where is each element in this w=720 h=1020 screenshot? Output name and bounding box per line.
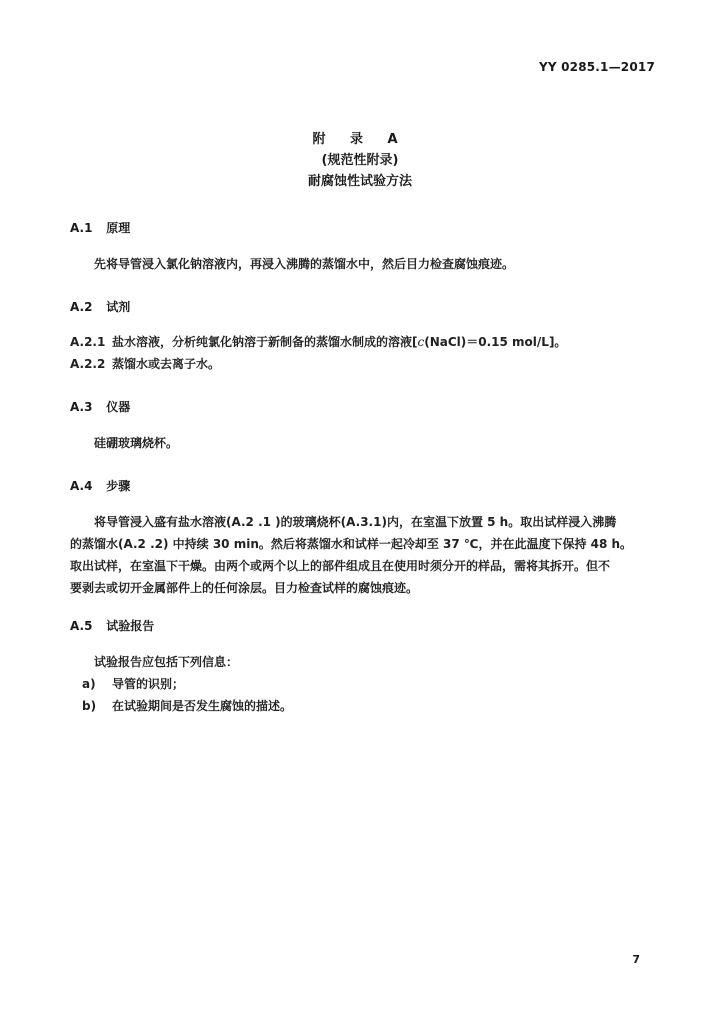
item-number: A.2.2 xyxy=(70,353,112,375)
section-number: A.1 xyxy=(70,221,102,235)
section-title: 试验报告 xyxy=(106,619,154,633)
section-heading-a3: A.3 仪器 xyxy=(70,398,130,415)
document-page: YY 0285.1—2017 附 录 A (规范性附录) 耐腐蚀性试验方法 A.… xyxy=(0,0,720,1020)
item-number: A.2.1 xyxy=(70,331,112,353)
list-text: 导管的识别； xyxy=(112,677,184,691)
item-a2-2: A.2.2蒸馏水或去离子水。 xyxy=(70,353,220,375)
report-item-a: a)导管的识别； xyxy=(82,673,184,695)
list-marker: b) xyxy=(82,695,112,717)
section-number: A.3 xyxy=(70,400,102,414)
section-number: A.4 xyxy=(70,479,102,493)
section-a4-line-2: 的蒸馏水(A.2 .2) 中持续 30 min。然后将蒸馏水和试样一起冷却至 3… xyxy=(70,533,632,555)
list-marker: a) xyxy=(82,673,112,695)
section-a4-line-1: 将导管浸入盛有盐水溶液(A.2 .1 )的玻璃烧杯(A.3.1)内，在室温下放置… xyxy=(94,511,616,533)
section-title: 试剂 xyxy=(106,300,130,314)
section-number: A.2 xyxy=(70,300,102,314)
standard-code: YY 0285.1—2017 xyxy=(539,60,655,74)
page-number: 7 xyxy=(632,953,640,966)
item-text: 蒸馏水或去离子水。 xyxy=(112,357,220,371)
item-text: 盐水溶液，分析纯氯化钠溶于新制备的蒸馏水制成的溶液[ xyxy=(112,335,418,349)
report-item-b: b)在试验期间是否发生腐蚀的描述。 xyxy=(82,695,292,717)
item-text-after: (NaCl)＝0.15 mol/L]。 xyxy=(424,335,566,349)
annex-name: 耐腐蚀性试验方法 xyxy=(0,170,720,189)
section-title: 原理 xyxy=(106,221,130,235)
section-number: A.5 xyxy=(70,619,102,633)
section-a1-text: 先将导管浸入氯化钠溶液内，再浸入沸腾的蒸馏水中，然后目力检查腐蚀痕迹。 xyxy=(94,253,514,275)
item-a2-1: A.2.1盐水溶液，分析纯氯化钠溶于新制备的蒸馏水制成的溶液[c(NaCl)＝0… xyxy=(70,331,566,353)
section-heading-a2: A.2 试剂 xyxy=(70,298,130,315)
section-title: 步骤 xyxy=(106,479,130,493)
section-a3-text: 硅硼玻璃烧杯。 xyxy=(94,432,178,454)
annex-type: (规范性附录) xyxy=(0,149,720,168)
section-heading-a1: A.1 原理 xyxy=(70,219,130,236)
section-title: 仪器 xyxy=(106,400,130,414)
section-a5-intro: 试验报告应包括下列信息： xyxy=(94,651,238,673)
section-heading-a5: A.5 试验报告 xyxy=(70,617,154,634)
list-text: 在试验期间是否发生腐蚀的描述。 xyxy=(112,699,292,713)
section-heading-a4: A.4 步骤 xyxy=(70,477,130,494)
section-a4-line-3: 取出试样，在室温下干燥。由两个或两个以上的部件组成且在使用时须分开的样品，需将其… xyxy=(70,555,610,577)
section-a4-line-4: 要剥去或切开金属部件上的任何涂层。目力检查试样的腐蚀痕迹。 xyxy=(70,577,418,599)
annex-title: 附 录 A xyxy=(0,128,720,147)
